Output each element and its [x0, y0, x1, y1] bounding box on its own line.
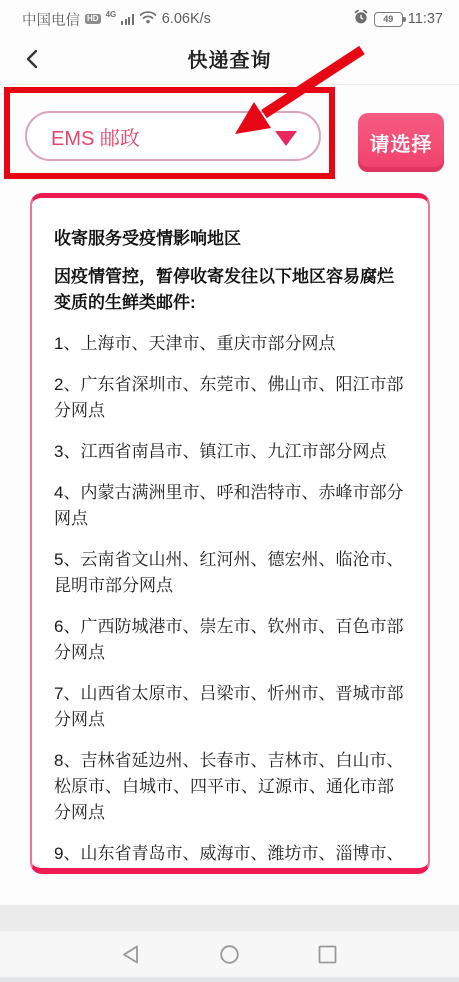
notice-list-item: 5、云南省文山州、红河州、德宏州、临沧市、昆明市部分网点 — [54, 547, 406, 599]
notice-list: 1、上海市、天津市、重庆市部分网点2、广东省深圳市、东莞市、佛山市、阳江市部分网… — [54, 331, 406, 874]
express-query-screen: { "status_bar": { "carrier": "中国电信", "hd… — [0, 0, 459, 982]
chevron-left-icon — [18, 44, 48, 74]
clock-label: 11:37 — [408, 11, 443, 27]
home-circle-icon — [218, 943, 241, 966]
network-speed-label: 6.06K/s — [162, 11, 211, 27]
notice-heading: 收寄服务受疫情影响地区 — [54, 224, 406, 249]
notice-list-item: 1、上海市、天津市、重庆市部分网点 — [54, 331, 406, 357]
nav-back-button[interactable] — [120, 942, 144, 966]
notice-list-item: 3、江西省南昌市、镇江市、九江市部分网点 — [54, 439, 406, 465]
notice-list-item: 9、山东省青岛市、威海市、潍坊市、淄博市、德州市、滨州市、烟台市、临沂市、泰安市… — [54, 841, 406, 874]
alarm-clock-icon — [353, 9, 369, 29]
notice-subheading: 因疫情管控，暂停收寄发往以下地区容易腐烂变质的生鲜类邮件: — [54, 264, 406, 316]
recents-square-icon — [316, 943, 339, 966]
notice-card: 收寄服务受疫情影响地区 因疫情管控，暂停收寄发往以下地区容易腐烂变质的生鲜类邮件… — [30, 193, 430, 874]
notice-list-item: 4、内蒙古满洲里市、呼和浩特市、赤峰市部分网点 — [54, 480, 406, 532]
status-right: 49 11:37 — [353, 9, 443, 29]
android-nav-bar — [0, 931, 459, 977]
notice-list-item: 2、广东省深圳市、东莞市、佛山市、阳江市部分网点 — [54, 372, 406, 424]
courier-dropdown-value: EMS 邮政 — [51, 122, 140, 151]
notice-list-item: 8、吉林省延边州、长春市、吉林市、白山市、松原市、白城市、四平市、辽源市、通化市… — [54, 748, 406, 826]
courier-dropdown[interactable]: EMS 邮政 — [25, 111, 321, 161]
hd-badge-icon: HD — [85, 14, 101, 24]
signal-bars-icon — [121, 14, 134, 25]
network-type-label: 4G — [106, 10, 117, 19]
nav-recents-button[interactable] — [316, 942, 340, 966]
nav-home-button[interactable] — [218, 942, 242, 966]
nav-gap-band — [0, 905, 459, 931]
notice-list-item: 6、广西防城港市、崇左市、钦州市、百色市部分网点 — [54, 614, 406, 666]
battery-icon: 49 — [374, 12, 403, 27]
notice-list-item: 7、山西省太原市、吕梁市、忻州市、晋城市部分网点 — [54, 681, 406, 733]
back-button[interactable] — [18, 44, 48, 74]
wifi-icon — [139, 10, 157, 28]
carrier-label: 中国电信 — [22, 9, 80, 30]
nav-bottom-strip — [0, 977, 459, 982]
select-button-label: 请选择 — [370, 128, 433, 157]
status-bar: 中国电信 HD 4G 6.06K/s 49 11:37 — [0, 0, 459, 32]
select-button[interactable]: 请选择 — [358, 113, 444, 172]
back-triangle-icon — [120, 943, 143, 966]
app-header: 快递查询 — [0, 32, 459, 85]
page-title: 快递查询 — [188, 44, 272, 73]
status-left: 中国电信 HD 4G 6.06K/s — [22, 9, 211, 30]
battery-percent-label: 49 — [383, 14, 393, 24]
android-nav-area — [0, 905, 459, 982]
chevron-down-icon — [275, 131, 297, 146]
